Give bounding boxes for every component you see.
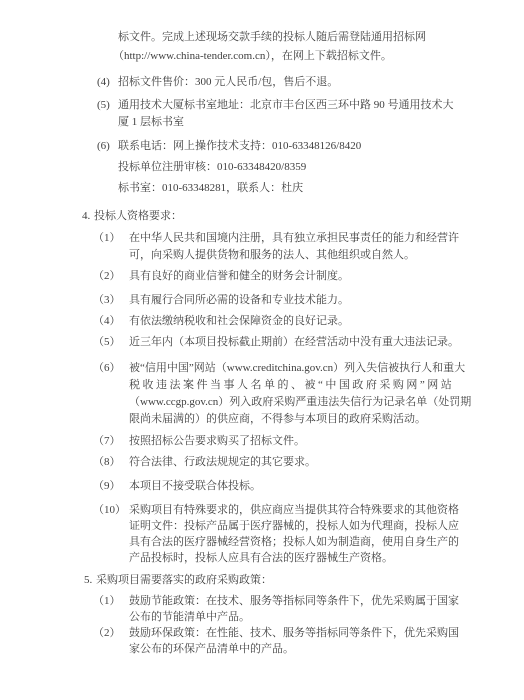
text-line: 税收违法案件当事人名单的、被“中国政府采购网”网站 [129, 377, 471, 394]
text-line: 可，向采购人提供货物和服务的法人、其他组织或自然人。 [129, 247, 459, 264]
item-body: 通用技术大厦标书室地址：北京市丰台区西三环中路 90 号通用技术大 厦 1 层标… [118, 97, 454, 131]
tender-url-line: （http://www.china-tender.com.cn），在网上下载招标… [113, 47, 524, 66]
policy-item-energy-saving: （1） 鼓励节能政策：在技术、服务等指标同等条件下，优先采购属于国家 公布的节能… [93, 593, 524, 625]
qualification-item-9: （9） 本项目不接受联合体投标。 [93, 478, 524, 495]
item-body: 联系电话：网上操作技术支持：010-63348126/8420 投标单位注册审核… [118, 138, 361, 197]
item-number-label: （4） [93, 313, 129, 330]
text-line: 具有合法的医疗器械经营资格；投标人如为制造商，使用自身生产的 [129, 534, 459, 550]
text-line: 限尚未届满的）的供应商，不得参与本项目的政府采购活动。 [129, 411, 471, 428]
text-line: 标文件。完成上述现场交款手续的投标人随后需登陆通用招标网 [118, 28, 524, 47]
item-body: 有依法缴纳税收和社会保障资金的良好记录。 [129, 313, 349, 330]
item-body: 招标文件售价：300 元人民币/包，售后不退。 [118, 74, 338, 91]
text-line: 厦 1 层标书室 [118, 114, 454, 131]
item-body: 采购项目有特殊要求的，供应商应当提供其符合特殊要求的其他资格 证明文件：投标产品… [129, 502, 459, 566]
qualification-item-6: （6） 被“信用中国”网站（www.creditchina.gov.cn）列入失… [93, 360, 524, 428]
notice-item-address: (5) 通用技术大厦标书室地址：北京市丰台区西三环中路 90 号通用技术大 厦 … [97, 97, 524, 131]
item-body: 按照招标公告要求购买了招标文件。 [129, 433, 305, 450]
item-number-label: （2） [93, 625, 129, 641]
item-number-label: （7） [93, 433, 129, 450]
text-line: 招标文件售价：300 元人民币/包，售后不退。 [118, 74, 338, 91]
text-line: 有依法缴纳税收和社会保障资金的良好记录。 [129, 313, 349, 330]
item-body: 被“信用中国”网站（www.creditchina.gov.cn）列入失信被执行… [129, 360, 471, 428]
qualification-item-5: （5） 近三年内（本项目投标截止期前）在经营活动中没有重大违法记录。 [93, 334, 524, 351]
item-body: 鼓励环保政策：在性能、技术、服务等指标同等条件下，优先采购国 家公布的环保产品清… [129, 625, 459, 657]
item-body: 近三年内（本项目投标截止期前）在经营活动中没有重大违法记录。 [129, 334, 459, 351]
text-line: 按照招标公告要求购买了招标文件。 [129, 433, 305, 450]
text-line: 具有履行合同所必需的设备和专业技术能力。 [129, 292, 349, 309]
text-line: 采购项目有特殊要求的，供应商应当提供其符合特殊要求的其他资格 [129, 502, 459, 518]
phone-line-support: 联系电话：网上操作技术支持：010-63348126/8420 [118, 138, 361, 155]
document-body: 标文件。完成上述现场交款手续的投标人随后需登陆通用招标网 （http://www… [0, 0, 524, 657]
text-line: 鼓励环保政策：在性能、技术、服务等指标同等条件下，优先采购国 [129, 625, 459, 641]
text-line: 近三年内（本项目投标截止期前）在经营活动中没有重大违法记录。 [129, 334, 459, 351]
item-body: 具有履行合同所必需的设备和专业技术能力。 [129, 292, 349, 309]
text-line: 鼓励节能政策：在技术、服务等指标同等条件下，优先采购属于国家 [129, 593, 459, 609]
item-number-label: (5) [97, 97, 118, 114]
item-number-label: （10） [93, 502, 129, 518]
qualification-item-7: （7） 按照招标公告要求购买了招标文件。 [93, 433, 524, 450]
item-body: 鼓励节能政策：在技术、服务等指标同等条件下，优先采购属于国家 公布的节能清单中产… [129, 593, 459, 625]
qualification-item-2: （2） 具有良好的商业信誉和健全的财务会计制度。 [93, 268, 524, 285]
item-number-label: （1） [93, 230, 129, 247]
text-line: 具有良好的商业信誉和健全的财务会计制度。 [129, 268, 349, 285]
item-number-label: （6） [93, 360, 129, 377]
item-number-label: （5） [93, 334, 129, 351]
qualification-item-8: （8） 符合法律、行政法规规定的其它要求。 [93, 454, 524, 471]
text-line: 家公布的环保产品清单中的产品。 [129, 641, 459, 657]
notice-item-contact: (6) 联系电话：网上操作技术支持：010-63348126/8420 投标单位… [97, 138, 524, 197]
item-number-label: (4) [97, 74, 118, 91]
item-body: 在中华人民共和国境内注册，具有独立承担民事责任的能力和经营许 可，向采购人提供货… [129, 230, 459, 264]
text-line: 符合法律、行政法规规定的其它要求。 [129, 454, 316, 471]
text-line: 公布的节能清单中产品。 [129, 609, 459, 625]
text-line: 本项目不接受联合体投标。 [129, 478, 261, 495]
item-number-label: （8） [93, 454, 129, 471]
item-number-label: (6) [97, 138, 118, 155]
text-line: （www.ccgp.gov.cn）列入政府采购严重违法失信行为记录名单（处罚期 [129, 394, 471, 411]
policy-item-environmental: （2） 鼓励环保政策：在性能、技术、服务等指标同等条件下，优先采购国 家公布的环… [93, 625, 524, 657]
text-line: 被“信用中国”网站（www.creditchina.gov.cn）列入失信被执行… [129, 360, 471, 377]
qualification-item-3: （3） 具有履行合同所必需的设备和专业技术能力。 [93, 292, 524, 309]
text-line: 证明文件：投标产品属于医疗器械的，投标人如为代理商，投标人应 [129, 518, 459, 534]
qualification-item-1: （1） 在中华人民共和国境内注册，具有独立承担民事责任的能力和经营许 可，向采购… [93, 230, 524, 264]
document-page: 标文件。完成上述现场交款手续的投标人随后需登陆通用招标网 （http://www… [0, 0, 524, 700]
qualification-item-4: （4） 有依法缴纳税收和社会保障资金的良好记录。 [93, 313, 524, 330]
item-body: 具有良好的商业信誉和健全的财务会计制度。 [129, 268, 349, 285]
section4-title: 投标人资格要求： [94, 208, 182, 225]
text-line: 通用技术大厦标书室地址：北京市丰台区西三环中路 90 号通用技术大 [118, 97, 454, 114]
section5-title: 采购项目需要落实的政府采购政策： [96, 572, 272, 589]
item-body: 本项目不接受联合体投标。 [129, 478, 261, 495]
item-number-label: （2） [93, 268, 129, 285]
qualification-item-10: （10） 采购项目有特殊要求的，供应商应当提供其符合特殊要求的其他资格 证明文件… [93, 502, 524, 566]
section4-number: 4. [82, 208, 94, 225]
text-line: 在中华人民共和国境内注册，具有独立承担民事责任的能力和经营许 [129, 230, 459, 247]
phone-line-registration: 投标单位注册审核：010-63348420/8359 [118, 159, 361, 176]
section4-heading: 4. 投标人资格要求： [82, 208, 524, 225]
notice-item-price: (4) 招标文件售价：300 元人民币/包，售后不退。 [97, 74, 524, 91]
text-line: 产品投标时，投标人应具有合法的医疗器械生产资格。 [129, 550, 459, 566]
section5-heading: 5. 采购项目需要落实的政府采购政策： [84, 572, 524, 589]
item-number-label: （3） [93, 292, 129, 309]
item-number-label: （1） [93, 593, 129, 609]
item-number-label: （9） [93, 478, 129, 495]
continuation-paragraph: 标文件。完成上述现场交款手续的投标人随后需登陆通用招标网 （http://www… [118, 28, 524, 66]
section5-number: 5. [84, 572, 96, 589]
phone-line-bidroom: 标书室：010-63348281，联系人：杜庆 [118, 180, 361, 197]
item-body: 符合法律、行政法规规定的其它要求。 [129, 454, 316, 471]
